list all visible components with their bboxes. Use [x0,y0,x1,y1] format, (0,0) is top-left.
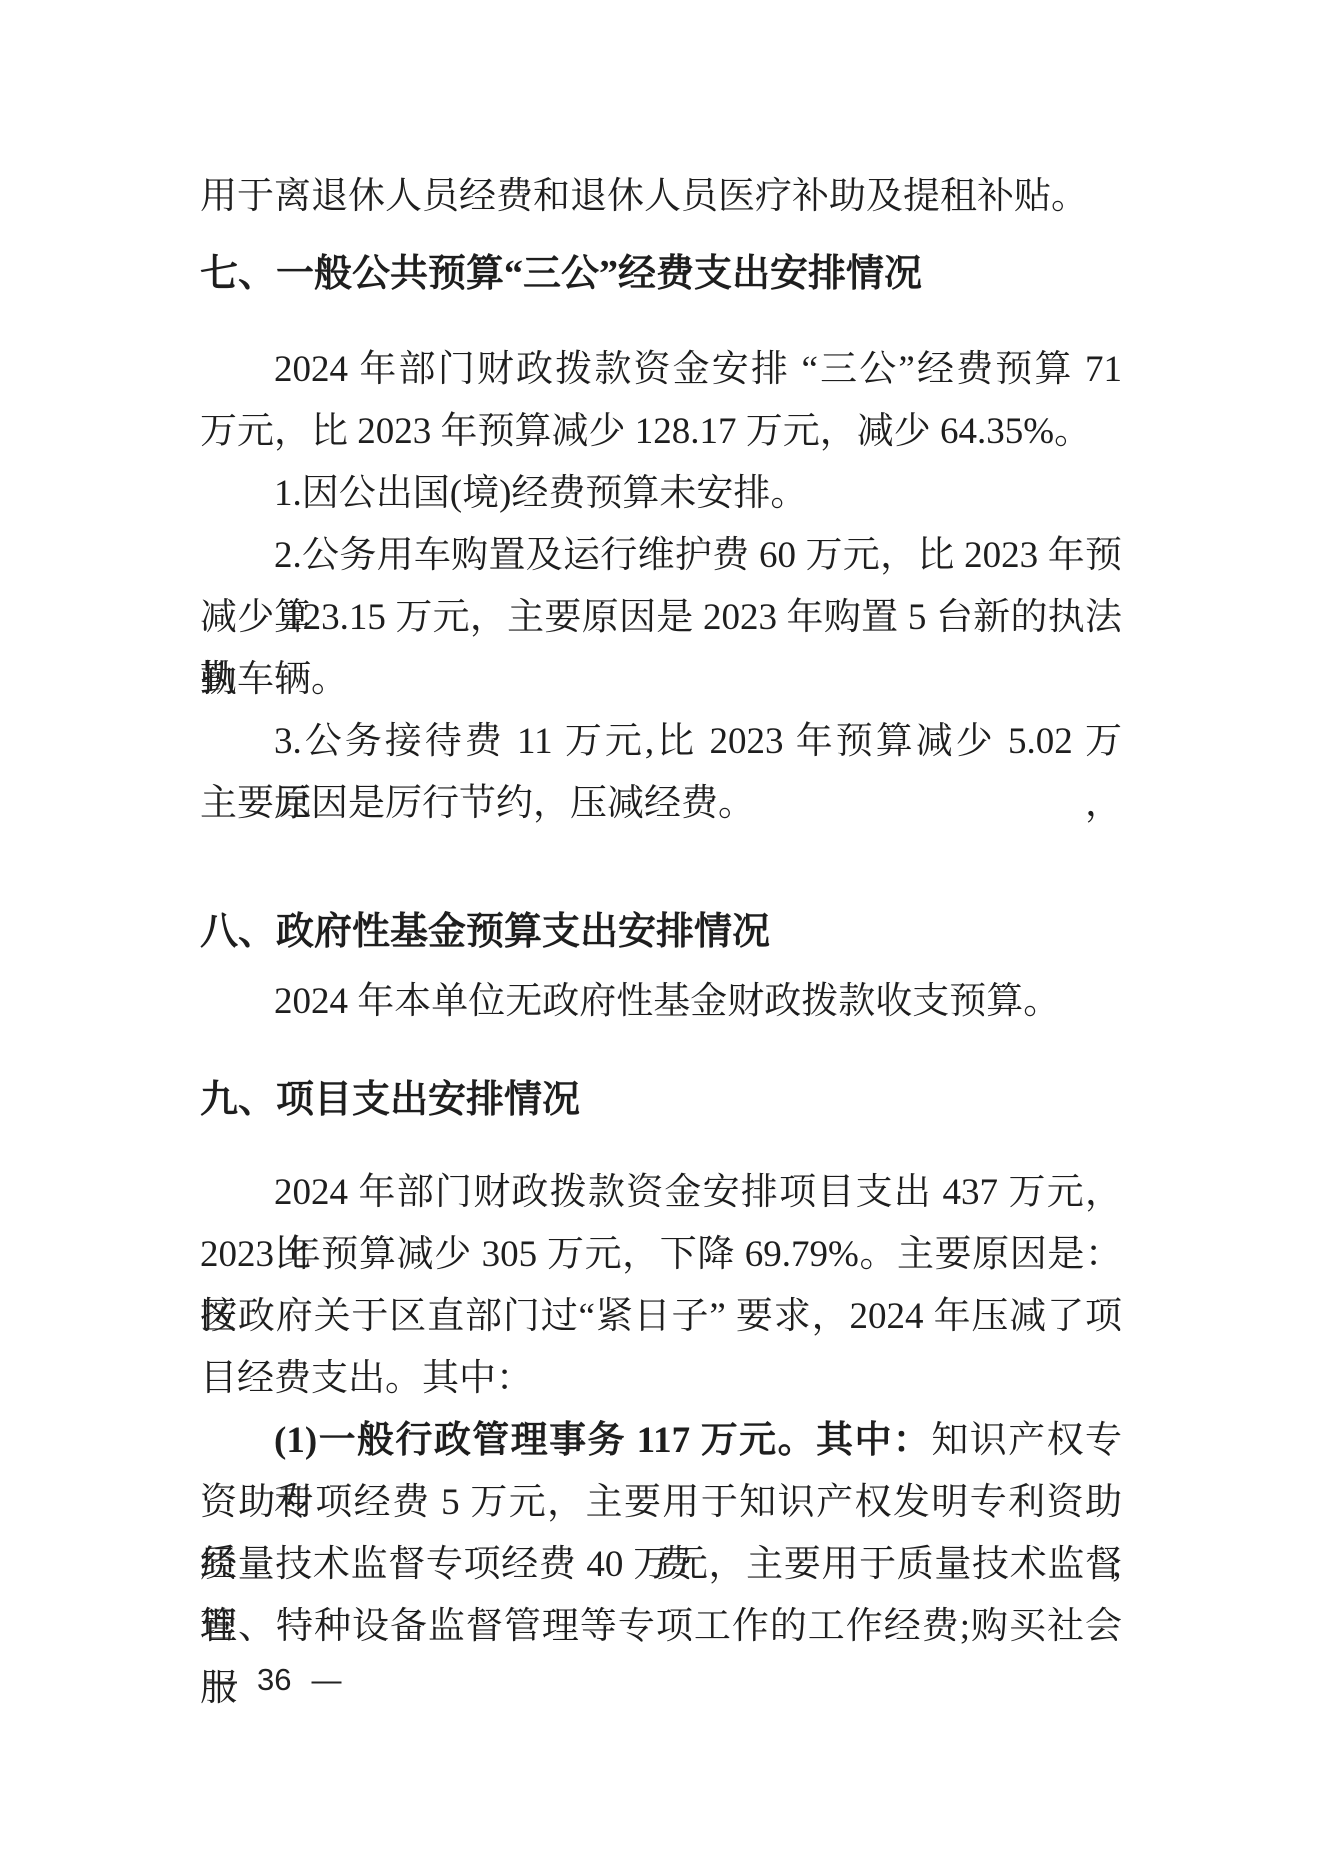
section-7-paragraph-line-2: 万元，比 2023 年预算减少 128.17 万元，减少 64.35%。 [200,401,1122,463]
document-page: 用于离退休人员经费和退休人员医疗补助及提租补贴。 七、一般公共预算“三公”经费支… [0,0,1323,1871]
section-9-paragraph-line-3: 区政府关于区直部门过“紧日子” 要求，2024 年压减了项 [200,1286,1122,1348]
section-7-item-2-line-1: 2.公务用车购置及运行维护费 60 万元，比 2023 年预算 [200,525,1122,587]
section-7-heading: 七、一般公共预算“三公”经费支出安排情况 [200,243,1122,305]
subitem-1-bold-text: (1)一般行政管理事务 117 万元。其中： [274,1420,931,1461]
section-7-item-1-line-1: 1.因公出国(境)经费预算未安排。 [200,463,1122,525]
section-8-paragraph-line-1: 2024 年本单位无政府性基金财政拨款收支预算。 [200,971,1122,1033]
section-7-item-3-line-1: 3.公务接待费 11 万元,比 2023 年预算减少 5.02 万元， [200,711,1122,773]
intro-continuation-line: 用于离退休人员经费和退休人员医疗补助及提租补贴。 [200,166,1122,228]
section-9-paragraph-line-2: 2023 年预算减少 305 万元，下降 69.79%。主要原因是：按 [200,1224,1122,1286]
section-9-heading: 九、项目支出安排情况 [200,1069,1122,1131]
section-7-item-2-line-3: 勤车辆。 [200,649,1122,711]
footer-left-dash: — [207,1664,237,1697]
page-footer: —36— [207,1660,1323,1700]
section-7-paragraph-line-1: 2024 年部门财政拨款资金安排 “三公”经费预算 71 [200,339,1122,401]
page-number: 36 [257,1660,291,1700]
subitem-1-line-4: 理、特种设备监督管理等专项工作的工作经费;购买社会服 [200,1596,1122,1658]
subitem-1-line-2: 资助专项经费 5 万元，主要用于知识产权发明专利资助经费; [200,1472,1122,1534]
subitem-1-line-3: 质量技术监督专项经费 40 万元，主要用于质量技术监督管 [200,1534,1122,1596]
section-7-item-2-line-2: 减少 123.15 万元，主要原因是 2023 年购置 5 台新的执法执 [200,587,1122,649]
section-9-paragraph-line-4: 目经费支出。其中： [200,1348,1122,1410]
subitem-1-line-1: (1)一般行政管理事务 117 万元。其中：知识产权专利 [200,1410,1122,1472]
section-9-paragraph-line-1: 2024 年部门财政拨款资金安排项目支出 437 万元，比 [200,1162,1122,1224]
document-body: 用于离退休人员经费和退休人员医疗补助及提租补贴。 七、一般公共预算“三公”经费支… [200,166,1122,1658]
section-8-heading: 八、政府性基金预算支出安排情况 [200,901,1122,963]
footer-right-dash: — [311,1664,341,1697]
